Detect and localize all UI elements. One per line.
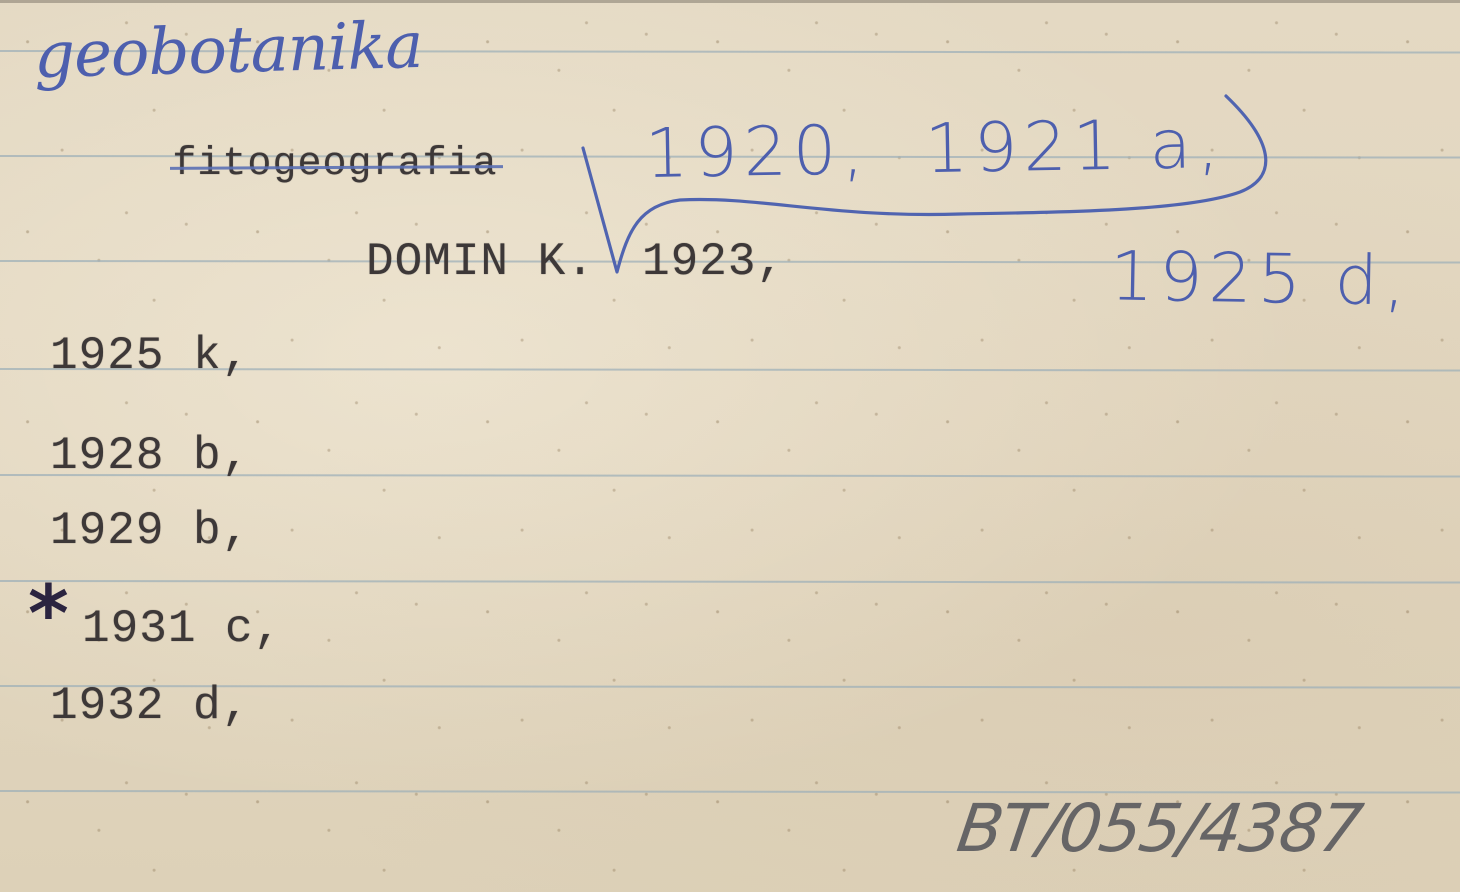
entry-1932d: 1932 d, [50,680,250,732]
handwritten-subject-heading: geobotanika [33,9,423,93]
struck-through-heading: fitogeografia [172,142,497,187]
index-card: geobotanika fitogeografia DOMIN K. 1923,… [0,0,1460,892]
handwritten-inserted-years: 1920, 1921 a, [644,105,1225,194]
ruled-line [0,580,1460,584]
entry-1931c: 1931 c, [82,603,282,655]
author-first-year: 1923, [642,236,785,288]
asterisk-marker-icon: * [28,576,69,654]
author-name: DOMIN K. [366,236,595,288]
typed-subject-heading: fitogeografia [58,84,497,240]
entry-1925k: 1925 k, [50,330,250,382]
entry-1928b: 1928 b, [50,430,250,482]
pencil-call-number: BT/055/4387 [953,790,1366,867]
entry-1929b: 1929 b, [50,505,250,557]
handwritten-added-year: 1925 d, [1109,237,1412,321]
